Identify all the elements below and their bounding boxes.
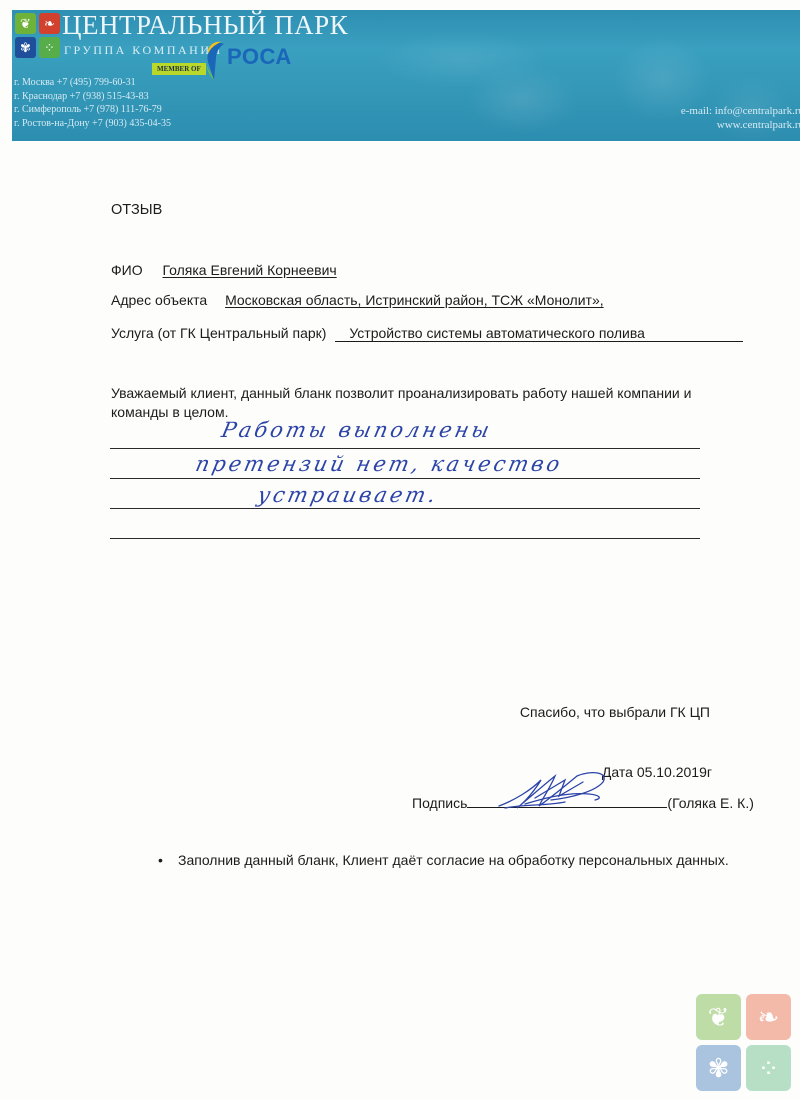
handwritten-line-2: претензий нет, качество bbox=[193, 452, 564, 476]
service-row: Услуга (от ГК Центральный парк) Устройст… bbox=[111, 325, 743, 342]
feedback-line-2 bbox=[110, 478, 700, 479]
thanks-text: Спасибо, что выбрали ГК ЦП bbox=[520, 704, 710, 720]
email-link[interactable]: e-mail: info@centralpark.ru bbox=[681, 104, 800, 118]
leaf-icon: ❧ bbox=[39, 13, 60, 34]
intro-text: Уважаемый клиент, данный бланк позволит … bbox=[111, 384, 711, 422]
berries-icon: ⁘ bbox=[39, 37, 60, 58]
company-name: ЦЕНТРАЛЬНЫЙ ПАРК bbox=[62, 10, 348, 41]
fern-icon: ✾ bbox=[15, 37, 36, 58]
contact-moscow: г. Москва +7 (495) 799-60-31 bbox=[14, 76, 171, 90]
service-label: Услуга (от ГК Центральный парк) bbox=[111, 325, 326, 341]
service-value-field: Устройство системы автоматического полив… bbox=[335, 325, 743, 342]
consent-text: Заполнив данный бланк, Клиент даёт согла… bbox=[178, 852, 729, 868]
fio-label: ФИО bbox=[111, 262, 143, 278]
address-row: Адрес объекта Московская область, Истрин… bbox=[111, 292, 604, 308]
web-contacts: e-mail: info@centralpark.ru www.centralp… bbox=[681, 104, 800, 132]
address-value: Московская область, Истринский район, ТС… bbox=[225, 292, 604, 308]
address-label: Адрес объекта bbox=[111, 292, 207, 308]
signer-name: (Голяка Е. К.) bbox=[667, 795, 753, 811]
company-subtitle: ГРУППА КОМПАНИЙ bbox=[64, 43, 223, 58]
rosa-logo-icon bbox=[204, 40, 226, 82]
member-badge: MEMBER OF bbox=[152, 63, 206, 75]
service-value: Устройство системы автоматического полив… bbox=[349, 325, 645, 341]
contact-simferopol: г. Симферополь +7 (978) 111-76-79 bbox=[14, 103, 171, 117]
contact-list: г. Москва +7 (495) 799-60-31 г. Краснода… bbox=[14, 76, 171, 130]
handwritten-line-1: Работы выполнены bbox=[219, 418, 494, 442]
date-text: Дата 05.10.2019г bbox=[602, 764, 712, 780]
footer-logo: ❦ ❧ ✾ ⁘ bbox=[696, 994, 792, 1092]
leaf-sprig-icon: ❦ bbox=[15, 13, 36, 34]
company-logo: ❦ ❧ ✾ ⁘ bbox=[15, 13, 61, 59]
form-title: ОТЗЫВ bbox=[111, 202, 162, 218]
bullet-icon: • bbox=[158, 852, 178, 868]
handwritten-line-3: устраивает. bbox=[255, 483, 440, 507]
fern-icon: ✾ bbox=[696, 1045, 741, 1091]
berries-icon: ⁘ bbox=[746, 1045, 791, 1091]
partner-name: РОСА bbox=[227, 44, 292, 70]
fio-row: ФИО Голяка Евгений Корнеевич bbox=[111, 262, 337, 278]
leaf-icon: ❧ bbox=[746, 994, 791, 1040]
letterhead-banner: ❦ ❧ ✾ ⁘ ЦЕНТРАЛЬНЫЙ ПАРК ГРУППА КОМПАНИЙ… bbox=[12, 10, 800, 141]
handwritten-signature bbox=[495, 768, 615, 812]
signature-label: Подпись bbox=[412, 795, 467, 811]
feedback-line-3 bbox=[110, 508, 700, 509]
fio-value: Голяка Евгений Корнеевич bbox=[163, 262, 337, 278]
consent-row: •Заполнив данный бланк, Клиент даёт согл… bbox=[158, 852, 729, 868]
website-link[interactable]: www.centralpark.ru bbox=[681, 118, 800, 132]
feedback-line-1 bbox=[110, 448, 700, 449]
contact-rostov: г. Ростов-на-Дону +7 (903) 435-04-35 bbox=[14, 117, 171, 131]
contact-krasnodar: г. Краснодар +7 (938) 515-43-83 bbox=[14, 90, 171, 104]
feedback-line-4 bbox=[110, 538, 700, 539]
leaf-sprig-icon: ❦ bbox=[696, 994, 741, 1040]
